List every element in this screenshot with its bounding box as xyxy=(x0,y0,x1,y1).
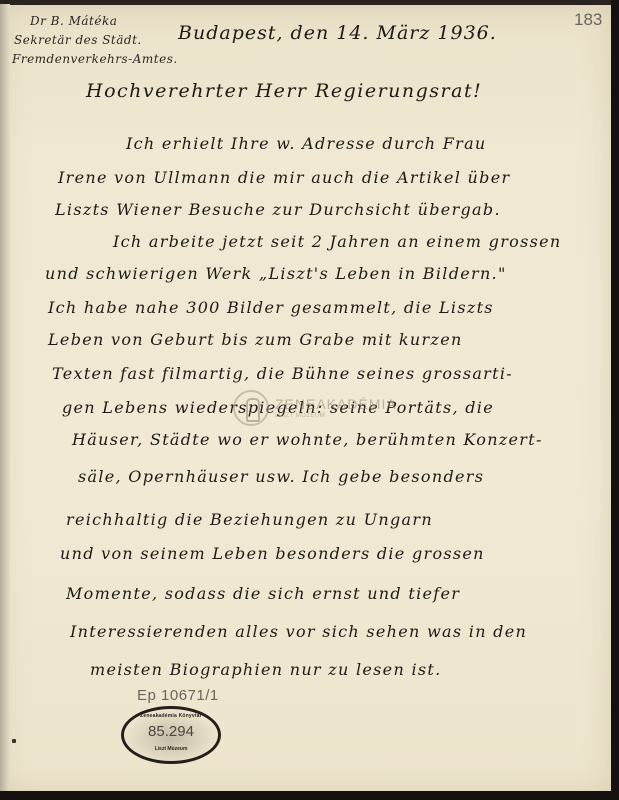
sender-title: Sekretär des Städt. xyxy=(14,33,142,47)
body-line: Liszts Wiener Besuche zur Durchsicht übe… xyxy=(55,200,501,219)
folio-number: 183 xyxy=(574,10,602,30)
body-line: säle, Opernhäuser usw. Ich gebe besonder… xyxy=(78,467,484,486)
body-line: Häuser, Städte wo er wohnte, berühmten K… xyxy=(72,430,543,449)
document-scan: 183 Dr B. Mátéka Sekretär des Städt. Fre… xyxy=(0,0,619,800)
body-line: Interessierenden alles vor sich sehen wa… xyxy=(70,622,527,641)
sender-office: Fremdenverkehrs-Amtes. xyxy=(12,52,178,66)
ink-blot xyxy=(12,739,16,743)
watermark-subtitle: LISZT MÚZEUM xyxy=(275,413,397,419)
academy-logo-icon xyxy=(233,390,269,426)
shelfmark: Ep 10671/1 xyxy=(137,687,219,704)
scan-right-edge xyxy=(611,0,619,800)
paper-left-fold xyxy=(0,4,10,794)
body-line: Ich arbeite jetzt seit 2 Jahren an einem… xyxy=(113,232,562,251)
stamp-bottom-text: Liszt Múzeum xyxy=(134,746,208,752)
body-line: reichhaltig die Beziehungen zu Ungarn xyxy=(66,510,433,529)
scan-bottom-edge xyxy=(0,791,619,800)
body-line: meisten Biographien nur zu lesen ist. xyxy=(90,660,441,679)
stamp-top-text: Zeneakadémia Könyvtár xyxy=(134,713,208,719)
salutation: Hochverehrter Herr Regierungsrat! xyxy=(86,80,482,102)
watermark-title: ZENEAKADÉMIA xyxy=(275,397,397,411)
body-line: Texten fast filmartig, die Bühne seines … xyxy=(52,364,513,383)
stamp-inventory-number: 85.294 xyxy=(124,723,218,740)
body-line: Momente, sodass die sich ernst und tiefe… xyxy=(66,584,460,603)
body-line: Ich habe nahe 300 Bilder gesammelt, die … xyxy=(48,298,494,317)
body-line: und von seinem Leben besonders die gross… xyxy=(60,544,485,563)
sender-name: Dr B. Mátéka xyxy=(30,14,117,28)
scan-top-edge xyxy=(0,0,619,5)
library-stamp: Zeneakadémia Könyvtár 85.294 Liszt Múzeu… xyxy=(121,706,221,764)
place-date: Budapest, den 14. März 1936. xyxy=(178,22,497,44)
museum-watermark: ZENEAKADÉMIA LISZT MÚZEUM xyxy=(233,390,397,426)
body-line: und schwierigen Werk „Liszt's Leben in B… xyxy=(45,264,507,283)
body-line: Irene von Ullmann die mir auch die Artik… xyxy=(58,168,510,187)
body-line: Leben von Geburt bis zum Grabe mit kurze… xyxy=(48,330,463,349)
body-line: Ich erhielt Ihre w. Adresse durch Frau xyxy=(126,134,487,153)
